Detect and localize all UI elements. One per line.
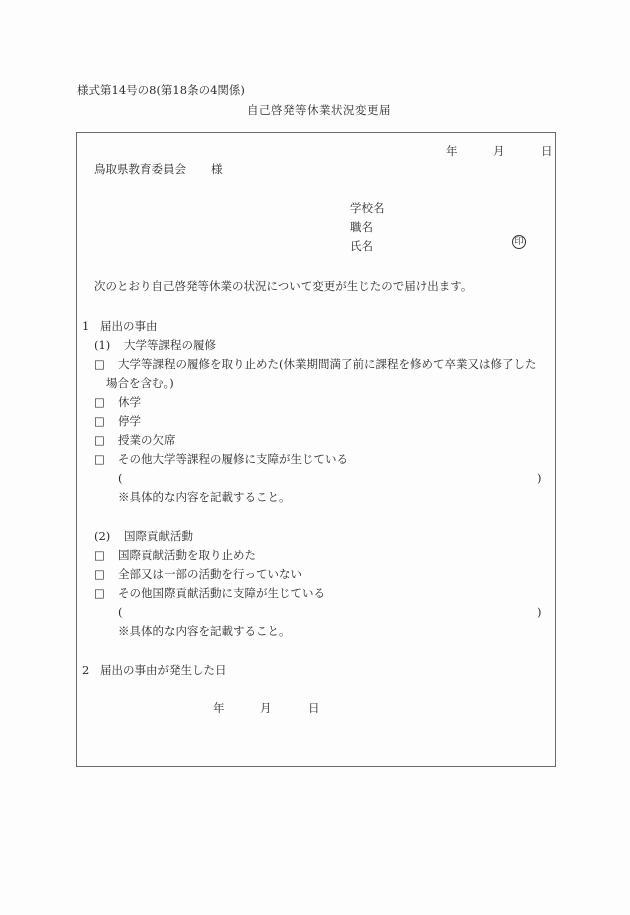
checkbox[interactable]: □ xyxy=(94,569,105,581)
position-label: 職名 xyxy=(350,222,373,234)
note-details: ※具体的な内容を記載すること。 xyxy=(118,492,291,504)
school-name-label: 学校名 xyxy=(350,203,385,215)
option-not-performing: 全部又は一部の活動を行っていない xyxy=(118,569,302,581)
checkbox[interactable]: □ xyxy=(94,550,105,562)
section2-title: 届出の事由が発生した日 xyxy=(100,665,227,677)
section1-number: 1 xyxy=(82,321,89,333)
note-details: ※具体的な内容を記載すること。 xyxy=(118,626,291,638)
option-suspension: 停学 xyxy=(118,416,141,428)
paren-close: ) xyxy=(537,473,542,485)
sub1-title: 大学等課程の履修 xyxy=(124,340,216,352)
option-class-absence: 授業の欠席 xyxy=(118,435,176,447)
addressee-name: 鳥取県教育委員会 xyxy=(94,164,186,176)
option-leave-of-absence: 休学 xyxy=(118,397,141,409)
checkbox[interactable]: □ xyxy=(94,416,105,428)
name-label: 氏名 xyxy=(350,241,373,253)
paren-open: ( xyxy=(118,473,123,485)
addressee-honorific: 様 xyxy=(211,164,223,176)
checkbox[interactable]: □ xyxy=(94,397,105,409)
date-day-label: 日 xyxy=(541,146,553,158)
checkbox[interactable]: □ xyxy=(94,435,105,447)
sub2-title: 国際貢献活動 xyxy=(124,531,193,543)
intro-text: 次のとおり自己啓発等休業の状況について変更が生じたので届け出ます。 xyxy=(94,281,472,293)
seal-icon: 印 xyxy=(512,235,526,249)
option-withdraw-course: 大学等課程の履修を取り止めた(休業期間満了前に課程を修めて卒業又は修了した xyxy=(118,359,536,371)
option-withdraw-activity: 国際貢献活動を取り止めた xyxy=(118,550,256,562)
option-other-activity-issue: その他国際貢献活動に支障が生じている xyxy=(118,588,325,600)
checkbox[interactable]: □ xyxy=(94,588,105,600)
option-withdraw-course-cont: 場合を含む。) xyxy=(106,378,174,390)
option-other-course-issue: その他大学等課程の履修に支障が生じている xyxy=(118,454,348,466)
checkbox[interactable]: □ xyxy=(94,454,105,466)
occurrence-year-label: 年 xyxy=(213,703,225,715)
section1-title: 届出の事由 xyxy=(100,321,158,333)
paren-open: ( xyxy=(118,607,123,619)
paren-close: ) xyxy=(537,607,542,619)
occurrence-month-label: 月 xyxy=(260,703,272,715)
date-month-label: 月 xyxy=(493,146,505,158)
sub2-number: (2) xyxy=(94,531,110,543)
checkbox[interactable]: □ xyxy=(94,359,105,371)
date-year-label: 年 xyxy=(446,146,458,158)
section2-number: 2 xyxy=(82,665,89,677)
sub1-number: (1) xyxy=(94,340,110,352)
form-number: 様式第14号の8(第18条の4関係) xyxy=(77,85,245,97)
occurrence-day-label: 日 xyxy=(308,703,320,715)
document-title: 自己啓発等休業状況変更届 xyxy=(247,105,391,117)
